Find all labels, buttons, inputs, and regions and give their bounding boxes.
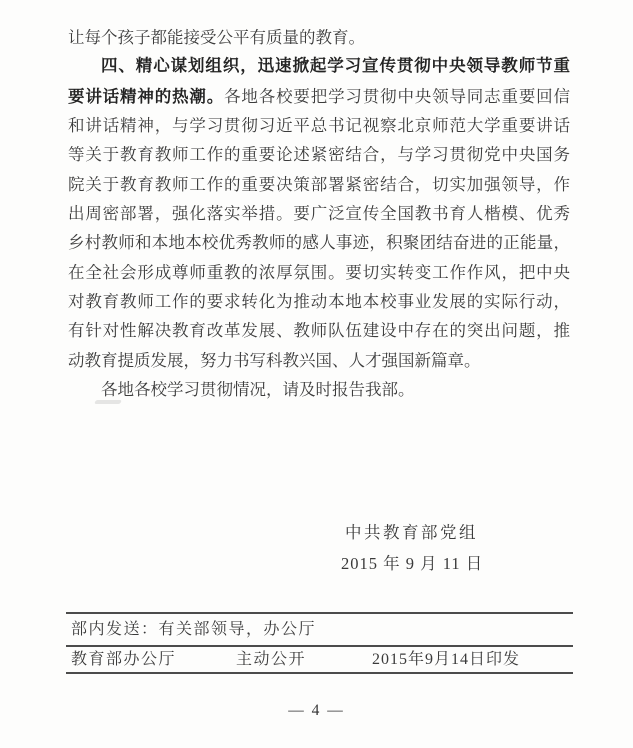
document-body: 让每个孩子都能接受公平有质量的教育。 四、精心谋划组织，迅速掀起学习宣传贯彻中央… (68, 23, 570, 404)
body-line: 出周密部署，强化落实举措。要广泛宣传全国教书育人楷模、优秀 (68, 199, 570, 228)
body-line: 让每个孩子都能接受公平有质量的教育。 (68, 23, 570, 52)
body-text-run: 各地各校要把学习贯彻中央领导同志重要回信 (224, 87, 570, 106)
body-line: 等关于教育教师工作的重要论述紧密结合，与学习贯彻党中央国务 (68, 140, 570, 169)
body-line: 乡村教师和本地本校优秀教师的感人事迹，积聚团结奋进的正能量， (68, 228, 570, 257)
signature-block: 中共教育部党组 2015 年 9 月 11 日 (341, 518, 483, 579)
distribution-text: 部内发送：有关部领导，办公厅 (71, 621, 316, 638)
imprint-issue-row: 教育部办公厅 主动公开 2015年9月14日印发 (66, 647, 573, 674)
scan-smudge-artifact (94, 400, 122, 404)
disclosure-type: 主动公开 (236, 647, 306, 672)
signature-date: 2015 年 9 月 11 日 (341, 549, 483, 580)
body-line: 在全社会形成尊师重教的浓厚氛围。要切实转变工作作风，把中央 (68, 258, 570, 287)
body-line: 有针对性解决教育改革发展、教师队伍建设中存在的突出问题，推 (68, 316, 570, 345)
body-line: 和讲话精神，与学习贯彻习近平总书记视察北京师范大学重要讲话 (68, 111, 570, 140)
body-line: 要讲话精神的热潮。各地各校要把学习贯彻中央领导同志重要回信 (68, 82, 570, 111)
print-date: 2015年9月14日印发 (372, 647, 520, 672)
body-line: 动教育提质发展，努力书写科教兴国、人才强国新篇章。 (68, 346, 570, 375)
imprint-table: 部内发送：有关部领导，办公厅 教育部办公厅 主动公开 2015年9月14日印发 (66, 612, 573, 674)
document-page: 让每个孩子都能接受公平有质量的教育。 四、精心谋划组织，迅速掀起学习宣传贯彻中央… (0, 0, 633, 748)
imprint-distribution-row: 部内发送：有关部领导，办公厅 (66, 614, 573, 647)
body-line: 院关于教育教师工作的重要决策部署紧密结合，切实加强领导，作 (68, 170, 570, 199)
bold-heading-run: 要讲话精神的热潮。 (68, 88, 224, 106)
signature-org: 中共教育部党组 (341, 518, 483, 549)
body-line-bold-heading: 四、精心谋划组织，迅速掀起学习宣传贯彻中央领导教师节重 (68, 52, 570, 81)
issuer-office: 教育部办公厅 (71, 647, 176, 672)
body-line: 各地各校学习贯彻情况，请及时报告我部。 (68, 375, 570, 404)
page-number: — 4 — (0, 702, 633, 720)
body-line: 对教育教师工作的要求转化为推动本地本校事业发展的实际行动， (68, 287, 570, 316)
